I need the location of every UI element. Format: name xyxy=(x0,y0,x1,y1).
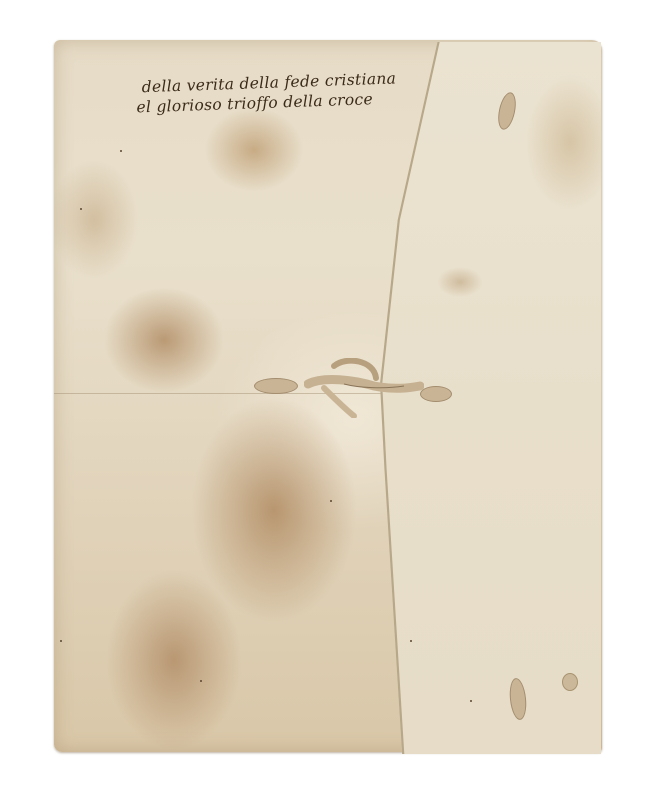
tie-slot-left xyxy=(254,378,298,394)
speck xyxy=(60,640,62,642)
speck xyxy=(470,700,472,702)
speck xyxy=(200,680,202,682)
flap-hole xyxy=(562,673,578,691)
speck xyxy=(120,150,122,152)
tie-slot-right xyxy=(420,386,452,402)
leather-tie xyxy=(304,358,424,418)
speck xyxy=(330,500,332,502)
speck xyxy=(410,640,412,642)
speck xyxy=(80,208,82,210)
photograph: della verita della fede cristiana el glo… xyxy=(0,0,665,800)
